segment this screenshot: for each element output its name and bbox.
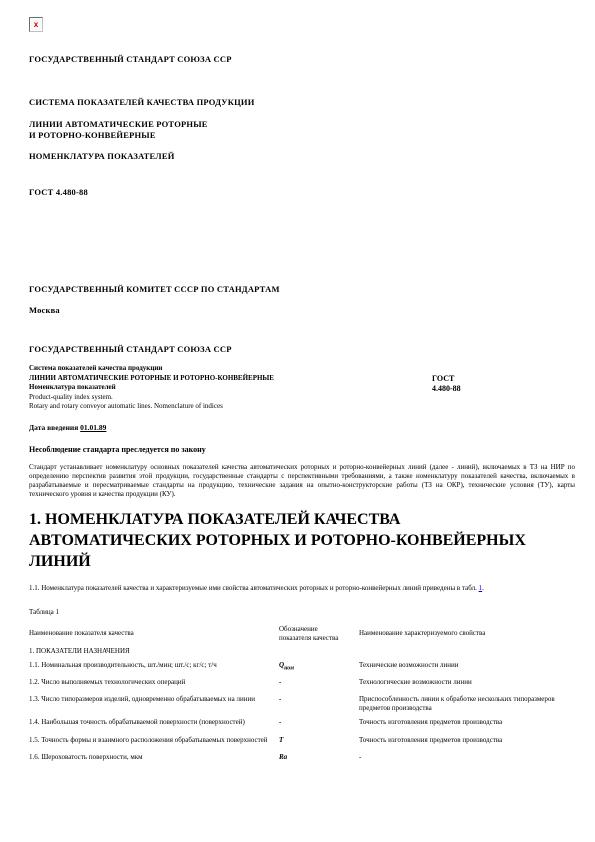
indicator-property: Технологические возможности линии [359,678,575,690]
scope-paragraph: Стандарт устанавливает номенклатуру осно… [29,463,575,499]
quality-system-line: СИСТЕМА ПОКАЗАТЕЛЕЙ КАЧЕСТВА ПРОДУКЦИИ [29,97,575,108]
title-block-system: Система показателей качества продукции [29,364,432,374]
section-1-heading: 1. НОМЕНКЛАТУРА ПОКАЗАТЕЛЕЙ КАЧЕСТВА АВТ… [29,509,564,572]
table-row: 1.4. Наибольшая точность обрабатываемой … [29,718,575,730]
indicator-property: - [359,753,575,765]
table-group-row: 1. ПОКАЗАТЕЛИ НАЗНАЧЕНИЯ [29,647,575,656]
effective-date-value: 01.01.89 [80,423,106,432]
broken-image-icon: x [29,17,43,32]
table-row: 1.5. Точность формы и взаимного располож… [29,736,575,748]
city-line: Москва [29,305,575,316]
standard-title: ЛИНИИ АВТОМАТИЧЕСКИЕ РОТОРНЫЕ И РОТОРНО-… [29,119,575,141]
table-caption: Таблица 1 [29,608,575,616]
indicator-name: 1.6. Шероховатость поверхности, мкм [29,753,279,765]
indicator-symbol: Т [279,736,359,748]
title-block-title: ЛИНИИ АВТОМАТИЧЕСКИЕ РОТОРНЫЕ И РОТОРНО-… [29,374,432,384]
indicator-property: Технические возможности линии [359,661,575,673]
indicator-property: Приспособленность линии к обработке неск… [359,695,575,713]
gost-num: 4.480-88 [432,384,461,394]
broken-image-x-glyph: x [34,21,38,29]
indicator-symbol: - [279,695,359,713]
effective-date-line: Дата введения 01.01.89 [29,423,575,432]
symbol-main: Ra [279,753,287,761]
gost-label: ГОСТ [432,374,461,384]
indicator-property: Точность изготовления предметов производ… [359,736,575,748]
quality-indicators-table: Наименование показателя качества Обознач… [29,625,575,766]
table-row: 1.3. Число типоразмеров изделий, одновре… [29,695,575,713]
clause-1-1-text: 1.1. Номенклатура показателей качества и… [29,584,479,592]
table-row: 1.1. Номинальная производительность, шт.… [29,661,575,673]
symbol-subscript: ном [284,665,294,671]
column-header-name: Наименование показателя качества [29,629,279,638]
table-row: 1.2. Число выполняемых технологических о… [29,678,575,690]
law-notice: Несоблюдение стандарта преследуется по з… [29,445,575,454]
indicator-symbol: - [279,678,359,690]
standard-title-line1: ЛИНИИ АВТОМАТИЧЕСКИЕ РОТОРНЫЕ [29,119,575,130]
indicator-symbol: Qном [279,661,359,673]
title-block-subtitle: Номенклатура показателей [29,383,432,393]
indicator-property: Точность изготовления предметов производ… [359,718,575,730]
symbol-main: Т [279,736,283,744]
title-block-english-1: Product-quality index system. [29,393,432,403]
title-block-english-2: Rotary and rotary conveyor automatic lin… [29,402,432,412]
org-title-top: ГОСУДАРСТВЕННЫЙ СТАНДАРТ СОЮЗА ССР [29,54,575,65]
column-header-property: Наименование характеризуемого свойства [359,629,575,638]
table-row: 1.6. Шероховатость поверхности, мкм Ra - [29,753,575,765]
clause-1-1-paragraph: 1.1. Номенклатура показателей качества и… [29,584,575,593]
effective-date-label: Дата введения [29,423,80,432]
document-page: x ГОСУДАРСТВЕННЫЙ СТАНДАРТ СОЮЗА ССР СИС… [0,0,595,842]
indicator-name: 1.2. Число выполняемых технологических о… [29,678,279,690]
indicator-symbol: Ra [279,753,359,765]
column-header-symbol: Обозначение показателя качества [279,625,359,643]
standard-title-line2: И РОТОРНО-КОНВЕЙЕРНЫЕ [29,130,575,141]
symbol-main: - [279,695,281,703]
committee-line: ГОСУДАРСТВЕННЫЙ КОМИТЕТ СССР ПО СТАНДАРТ… [29,284,575,295]
standard-subtitle: НОМЕНКЛАТУРА ПОКАЗАТЕЛЕЙ [29,151,575,162]
indicator-symbol: - [279,718,359,730]
table-header-row: Наименование показателя качества Обознач… [29,625,575,643]
indicator-name: 1.4. Наибольшая точность обрабатываемой … [29,718,279,730]
indicator-name: 1.1. Номинальная производительность, шт.… [29,661,279,673]
title-block-left: Система показателей качества продукции Л… [29,364,432,412]
org-title-repeat: ГОСУДАРСТВЕННЫЙ СТАНДАРТ СОЮЗА ССР [29,344,575,355]
symbol-main: - [279,678,281,686]
symbol-main: - [279,718,281,726]
gost-number: ГОСТ 4.480-88 [29,187,575,198]
clause-1-1-period: . [482,584,484,592]
indicator-name: 1.3. Число типоразмеров изделий, одновре… [29,695,279,713]
title-block-gost: ГОСТ 4.480-88 [432,364,461,412]
title-block: Система показателей качества продукции Л… [29,364,575,412]
indicator-name: 1.5. Точность формы и взаимного располож… [29,736,279,748]
